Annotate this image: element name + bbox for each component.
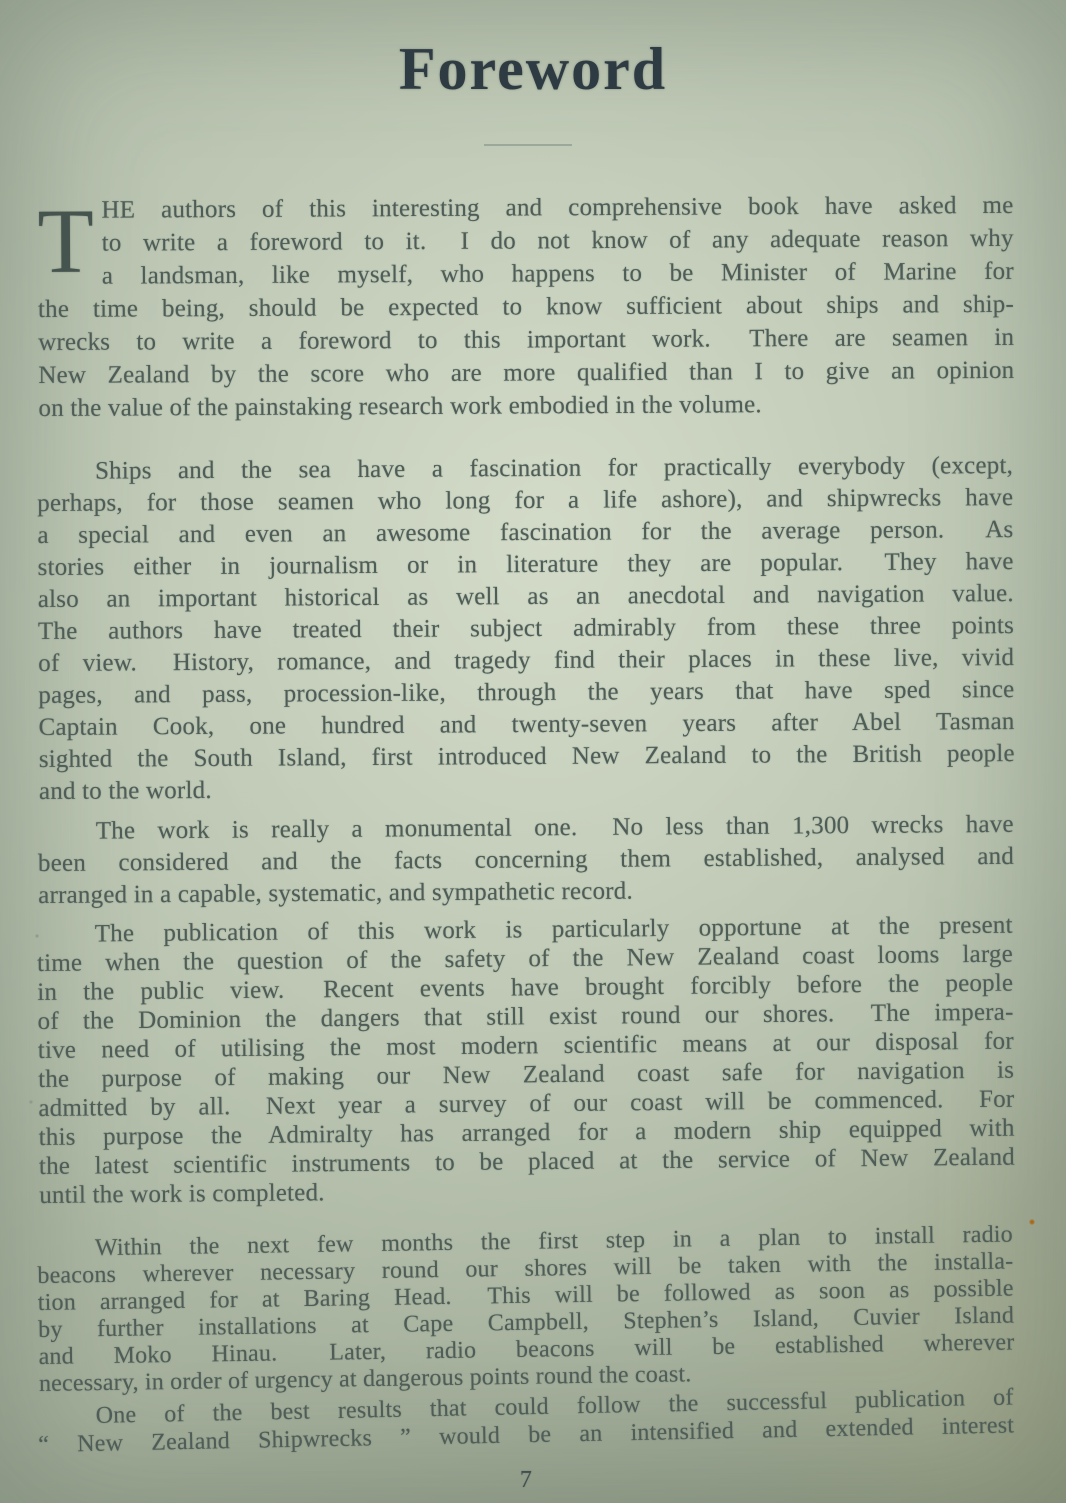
page-number: 7 [38,1465,1014,1495]
text-line: to write a foreword to it. I do not know… [38,222,1014,260]
text-line: the time being, should be expected to kn… [38,288,1014,326]
text-line: a landsman, like myself, who happens to … [38,255,1014,293]
text-line: sighted the South Island, first introduc… [39,738,1015,776]
book-page-scan: Foreword T HE authors of this interestin… [0,0,1066,1503]
paragraph: The work is really a monumental one. No … [38,809,1015,912]
drop-cap: T [37,194,102,291]
title-divider [484,144,572,146]
paragraph: Within the next few months the first ste… [37,1222,1015,1398]
paragraph: T HE authors of this interesting and com… [37,189,1014,425]
text-line: on the value of the painstaking research… [38,387,1014,425]
text-line: New Zealand by the score who are more qu… [38,354,1014,392]
text-line: HE authors of this interesting and compr… [37,189,1013,227]
page-title: Foreword [0,0,1066,104]
page-body: T HE authors of this interesting and com… [38,194,1014,1495]
text-line: and to the world. [39,770,1015,808]
text-line: wrecks to write a foreword to this impor… [38,321,1014,359]
paragraph: Ships and the sea have a fascination for… [37,450,1015,808]
paragraph: The publication of this work is particul… [37,911,1016,1210]
text-line: arranged in a capable, systematic, and s… [38,873,1014,912]
